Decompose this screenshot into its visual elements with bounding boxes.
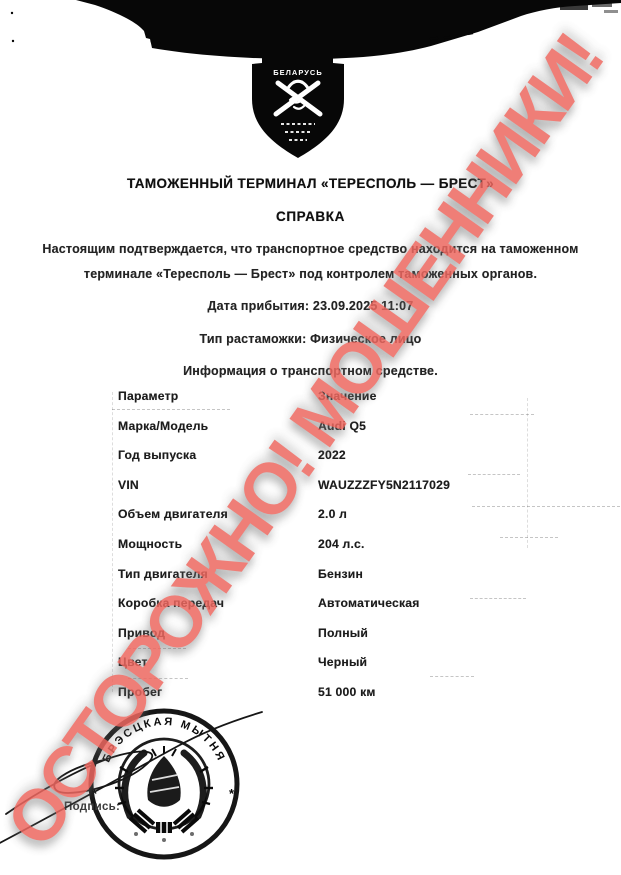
stamp-star-separator: * [92,786,98,801]
table-header-row: Параметр Значение [118,386,548,416]
belarus-coat-of-arms-icon [115,746,213,842]
row-value: Полный [318,626,548,640]
table-row: VIN WAUZZZFY5N2117029 [118,475,548,505]
row-value: Audi Q5 [318,419,548,433]
vehicle-info-table: Параметр Значение Марка/Модель Audi Q5 Г… [118,386,548,712]
header-scan-area: БЕЛАРУСЬ [0,0,621,170]
row-value: Бензин [318,567,548,581]
column-header-value: Значение [318,389,548,403]
row-value: 2022 [318,448,548,462]
row-label: VIN [118,478,318,492]
row-value: Черный [318,655,548,669]
row-value: 2.0 л [318,507,548,521]
table-row: Объем двигателя 2.0 л [118,504,548,534]
row-label: Коробка передач [118,596,318,610]
intro-text-line2: терминале «Тересполь — Брест» под контро… [0,267,621,281]
arrival-date-line: Дата прибытия: 23.09.2025 11:07 [0,299,621,313]
emblem-country-label: БЕЛАРУСЬ [273,68,322,77]
table-row: Цвет Черный [118,652,548,682]
row-label: Марка/Модель [118,419,318,433]
intro-text-line1: Настоящим подтверждается, что транспортн… [0,242,621,256]
table-row: Тип двигателя Бензин [118,564,548,594]
table-row: Год выпуска 2022 [118,445,548,475]
column-header-param: Параметр [118,389,318,403]
table-row: Коробка передач Автоматическая [118,593,548,623]
signature-label: Подпись: [64,801,120,813]
row-label: Тип двигателя [118,567,318,581]
row-label: Объем двигателя [118,507,318,521]
document-heading: СПРАВКА [0,209,621,224]
row-value: WAUZZZFY5N2117029 [318,478,548,492]
table-row: Мощность 204 л.с. [118,534,548,564]
row-label: Привод [118,626,318,640]
row-value: 51 000 км [318,685,548,699]
scan-artifact-line [112,392,113,692]
row-label: Цвет [118,655,318,669]
row-value: 204 л.с. [318,537,548,551]
document-title: ТАМОЖЕННЫЙ ТЕРМИНАЛ «ТЕРЕСПОЛЬ — БРЕСТ» [0,176,621,191]
vehicle-info-heading: Информация о транспортном средстве. [0,364,621,378]
scanned-customs-certificate: БЕЛАРУСЬ ТАМОЖЕННЫЙ ТЕРМИНАЛ «ТЕРЕСПОЛЬ … [0,0,621,875]
clearance-type-line: Тип растаможки: Физическое лицо [0,332,621,346]
scan-ink-blob [11,0,621,59]
row-value: Автоматическая [318,596,548,610]
table-row: Марка/Модель Audi Q5 [118,416,548,446]
row-label: Год выпуска [118,448,318,462]
row-label: Пробег [118,685,318,699]
row-label: Мощность [118,537,318,551]
table-row: Привод Полный [118,623,548,653]
customs-round-stamp: БРЭСЦКАЯ МЫТНЯ * * [86,706,242,862]
customs-shield-icon: БЕЛАРУСЬ [252,55,344,158]
